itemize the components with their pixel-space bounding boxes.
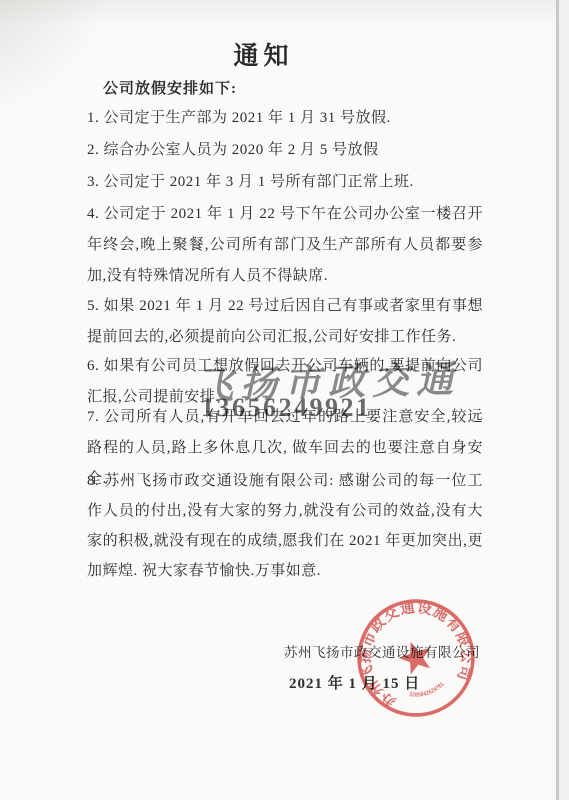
company-seal: 苏州飞扬市政交通设施有限公司 3205042629781 <box>339 581 493 735</box>
seal-number-arc-text: 3205042629781 <box>407 680 448 702</box>
page-right-edge-shadow <box>559 0 569 800</box>
notice-item-5: 5. 如果 2021 年 1 月 22 号过后因自己有事或者家里有事想提前回去的… <box>87 291 483 353</box>
notice-title: 通知 <box>0 36 527 72</box>
intro-line: 公司放假安排如下: <box>103 77 237 98</box>
watermark-phone-number: 13656249921 <box>201 393 372 423</box>
notice-item-2: 2. 综合办公室人员为 2020 年 2 月 5 号放假 <box>87 135 483 166</box>
notice-item-3: 3. 公司定于 2021 年 3 月 1 号所有部门正常上班. <box>87 167 483 198</box>
notice-item-8: 8. 苏州飞扬市政交通设施有限公司: 感谢公司的每一位工作人员的付出,没有大家的… <box>87 466 483 586</box>
notice-item-4: 4. 公司定于 2021 年 1 月 22 号下午在公司办公室一楼召开年终会,晚… <box>87 199 483 292</box>
notice-item-1: 1. 公司定于生产部为 2021 年 1 月 31 号放假. <box>87 103 483 134</box>
svg-text:3205042629781: 3205042629781 <box>407 680 448 702</box>
star-icon <box>395 636 436 676</box>
paper-page: 通知 公司放假安排如下: 1. 公司定于生产部为 2021 年 1 月 31 号… <box>0 0 569 800</box>
